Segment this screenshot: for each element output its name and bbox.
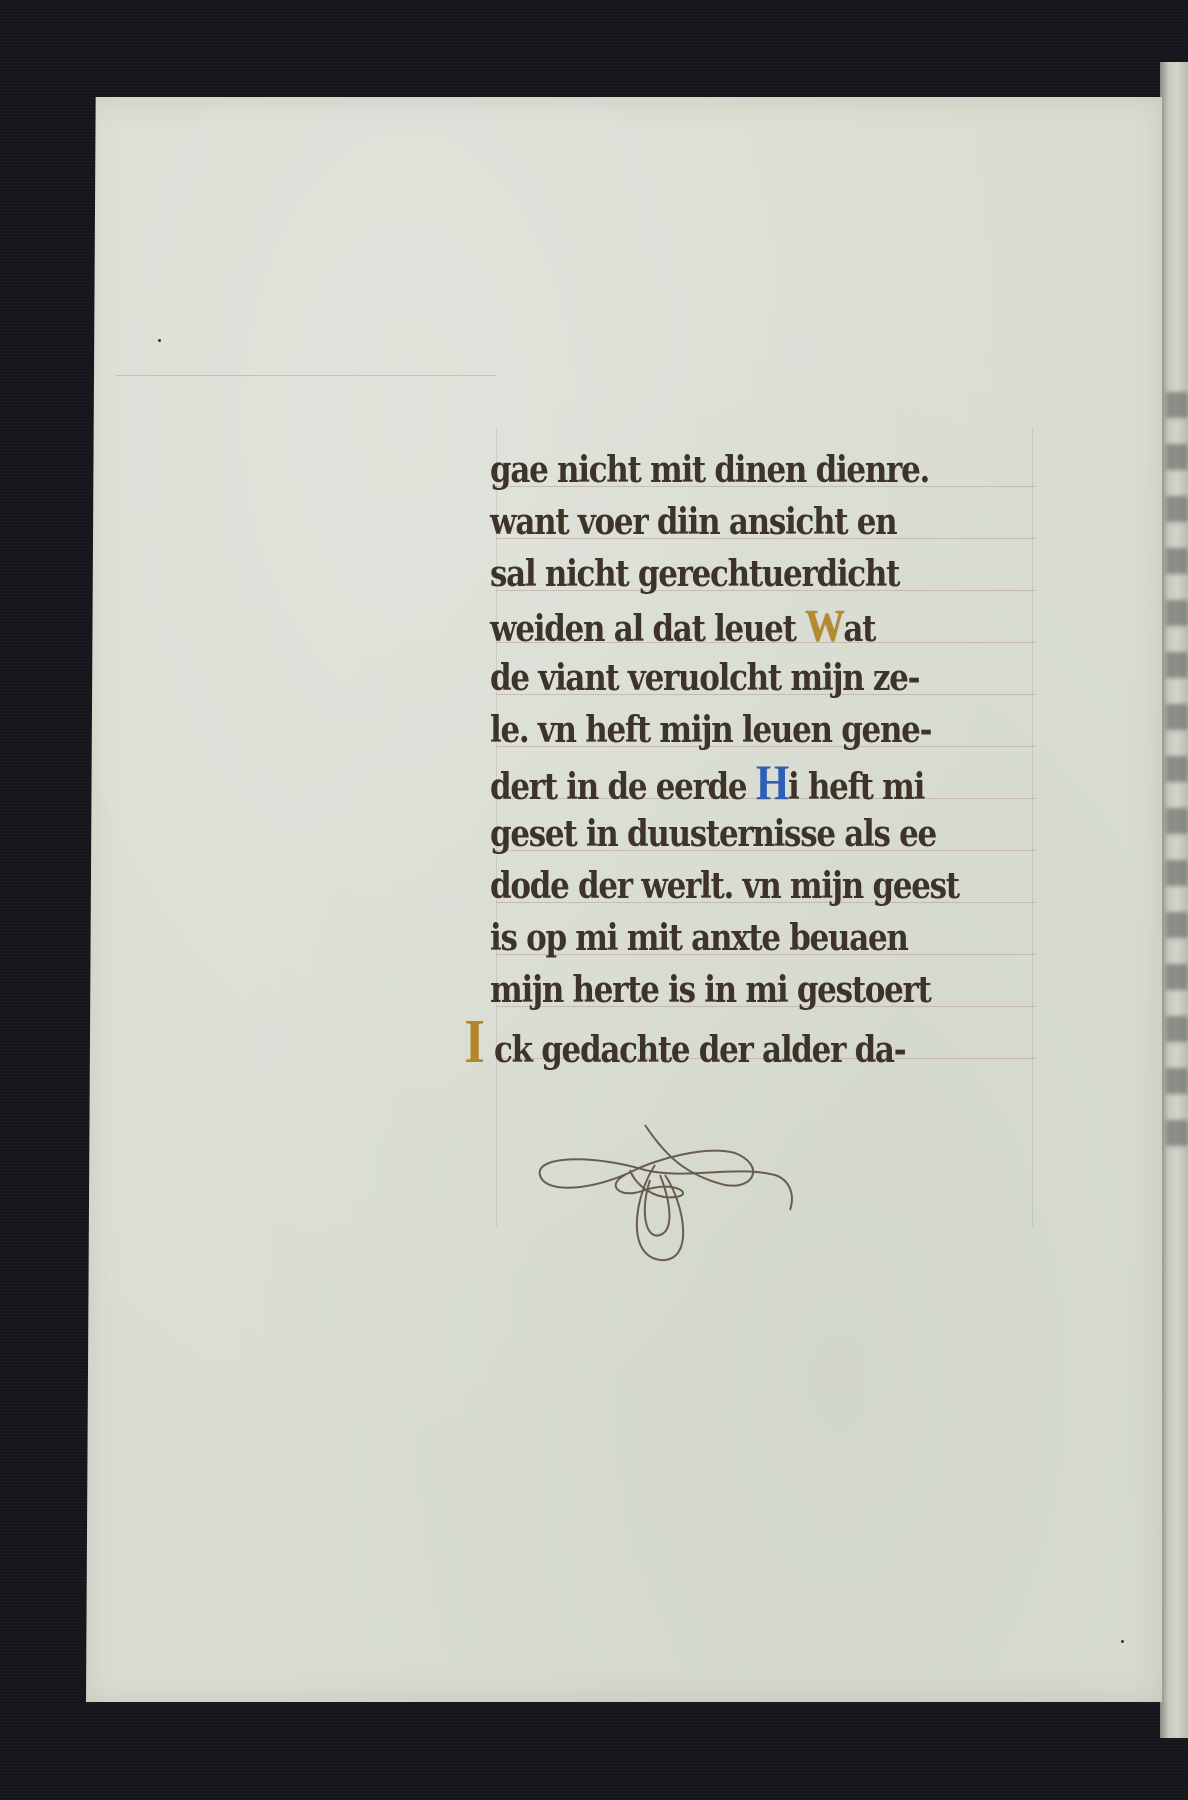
text-line: gae nicht mit dinen dienre. [490,444,1006,496]
calligraphic-flourish-icon [535,1115,815,1265]
text-line: geset in duusternisse als ee [490,808,1006,860]
text-line: mijn herte is in mi gestoert [490,964,1006,1016]
text-line: dert in de eerde Hi heft mi [490,756,1006,808]
ruling-line [116,375,496,376]
text-line: le. vn heft mijn leuen gene- [490,704,1006,756]
text-line: weiden al dat leuet Wat [490,600,1006,652]
text-line: dode der werlt. vn mijn geest [490,860,1006,912]
text-line: sal nicht gerechtuerdicht [490,548,1006,600]
text-line: want voer diin ansicht en [490,496,1006,548]
manuscript-text: gae nicht mit dinen dienre. want voer di… [490,444,1090,1068]
blue-initial-h: H [756,754,788,810]
ink-speck [158,339,161,342]
text-line: is op mi mit anxte beuaen [490,912,1006,964]
adjacent-leaf-edge [1160,62,1188,1738]
text-line: de viant veruolcht mijn ze- [490,652,1006,704]
ink-speck [1121,1640,1124,1643]
text-line: Ick gedachte der alder da- [490,1016,1006,1068]
adjacent-leaf-text-ghost [1166,392,1188,1152]
gold-initial-i: I [464,1008,483,1076]
gold-initial-w: W [805,600,843,651]
